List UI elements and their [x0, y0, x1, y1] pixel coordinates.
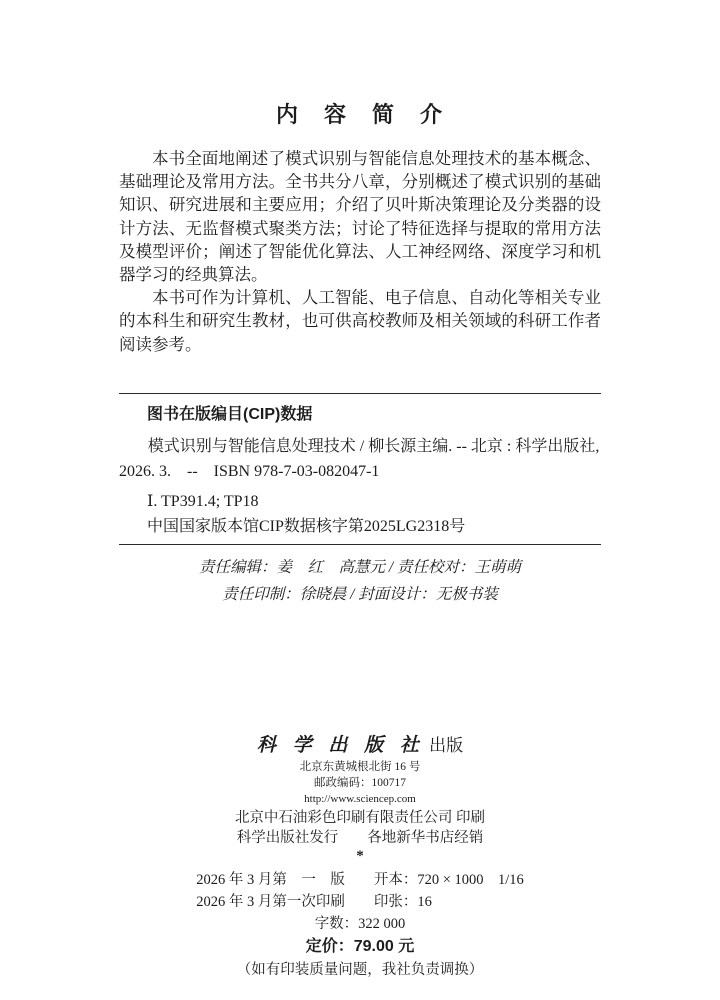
edition-info: 2026 年 3 月第 一 版 开本：720 × 1000 1/16 2026 …	[196, 869, 524, 914]
cip-classification: Ⅰ. TP391.4; TP18	[119, 492, 601, 512]
publisher-line: 科 学 出 版 社 出版	[0, 734, 720, 757]
printer-line: 北京中石油彩色印刷有限责任公司 印刷	[0, 809, 720, 827]
quality-notice: （如有印装质量问题，我社负责调换）	[0, 960, 720, 980]
content-summary: 本书全面地阐述了模式识别与智能信息处理技术的基本概念、基础理论及常用方法。全书共…	[119, 147, 601, 356]
staff-credits: 责任编辑：姜 红 高慧元 / 责任校对：王萌萌 责任印制：徐晓晨 / 封面设计：…	[0, 554, 720, 608]
credits-editors-line: 责任编辑：姜 红 高慧元 / 责任校对：王萌萌	[0, 554, 720, 581]
cip-data-block: 图书在版编目(CIP)数据 模式识别与智能信息处理技术 / 柳长源主编. -- …	[119, 393, 601, 545]
price-line: 定价：79.00 元	[0, 936, 720, 958]
cip-entry-line-1: 模式识别与智能信息处理技术 / 柳长源主编. -- 北京 : 科学出版社,	[119, 434, 601, 459]
content-summary-title: 内 容 简 介	[0, 0, 720, 128]
cip-entry: 模式识别与智能信息处理技术 / 柳长源主编. -- 北京 : 科学出版社, 20…	[119, 434, 601, 484]
summary-paragraph-2: 本书可作为计算机、人工智能、电子信息、自动化等相关专业的本科生和研究生教材，也可…	[119, 286, 601, 356]
word-count-line: 字数：322 000	[0, 914, 720, 935]
publisher-logotype: 科 学 出 版 社	[257, 735, 425, 756]
copyright-page: 内 容 简 介 本书全面地阐述了模式识别与智能信息处理技术的基本概念、基础理论及…	[0, 0, 720, 1000]
edition-line-2: 2026 年 3 月第一次印刷 印张：16	[196, 891, 524, 914]
cip-record-number: 中国国家版本馆CIP数据核字第2025LG2318号	[119, 517, 601, 537]
publisher-role-label: 出版	[429, 736, 463, 755]
separator-asterisk: *	[0, 849, 720, 864]
publisher-postcode: 邮政编码：100717	[0, 776, 720, 791]
edition-line-1: 2026 年 3 月第 一 版 开本：720 × 1000 1/16	[196, 869, 524, 892]
cip-heading: 图书在版编目(CIP)数据	[119, 405, 601, 425]
publisher-website: http://www.sciencep.com	[0, 792, 720, 806]
summary-paragraph-1: 本书全面地阐述了模式识别与智能信息处理技术的基本概念、基础理论及常用方法。全书共…	[119, 147, 601, 286]
publisher-address: 北京东黄城根北街 16 号	[0, 760, 720, 775]
cip-entry-line-2: 2026. 3. -- ISBN 978-7-03-082047-1	[119, 459, 601, 484]
colophon: 科 学 出 版 社 出版 北京东黄城根北街 16 号 邮政编码：100717 h…	[0, 734, 720, 980]
credits-printing-design-line: 责任印制：徐晓晨 / 封面设计：无极书装	[0, 581, 720, 608]
distribution-line: 科学出版社发行 各地新华书店经销	[0, 829, 720, 847]
